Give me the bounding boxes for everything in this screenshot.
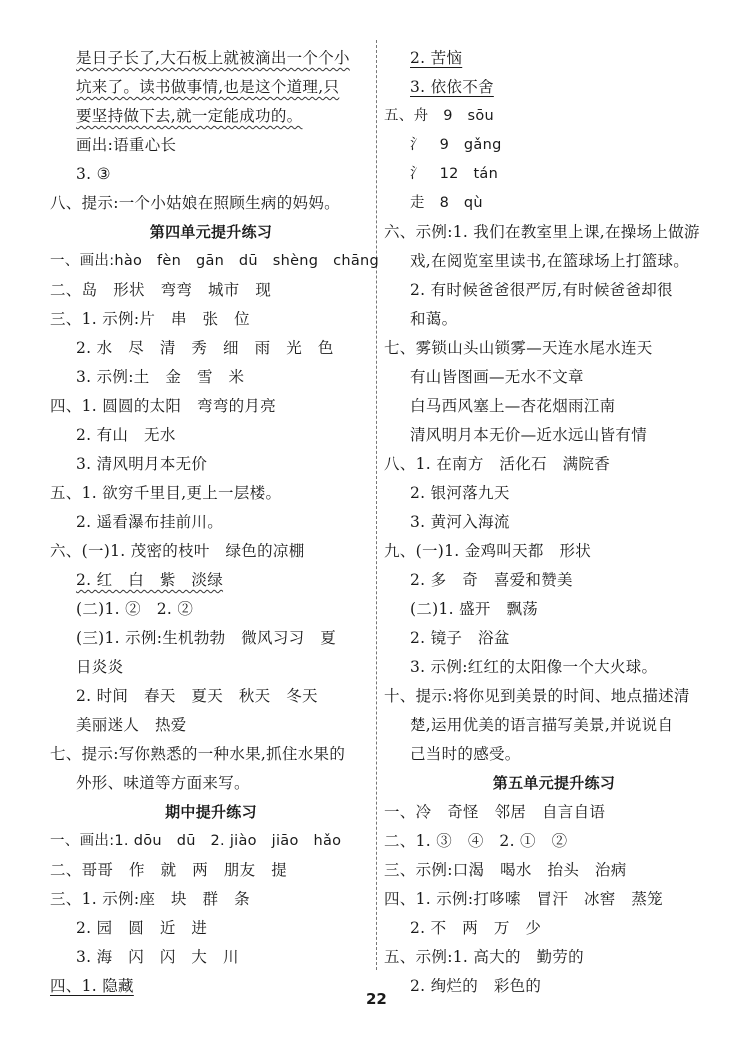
answer-line: 和蔼。 [384,305,724,334]
answer-line: 2. 有时候爸爸很严厉,有时候爸爸却很 [384,276,724,305]
answer-line: 2. 水 尽 清 秀 细 雨 光 色 [50,334,372,363]
answer-line: 七、雾锁山头山锁雾—天连水尾水连天 [384,334,724,363]
answer-line: (二)1. 盛开 飘荡 [384,595,724,624]
answer-line: 清风明月本无价—近水远山皆有情 [384,421,724,450]
answer-line: 三、1. 示例:片 串 张 位 [50,305,372,334]
answer-line: 氵 9 gǎng [384,131,724,160]
answer-line: 2. 多 奇 喜爱和赞美 [384,566,724,595]
answer-line: 走 8 qù [384,189,724,218]
answer-line: 十、提示:将你见到美景的时间、地点描述清 [384,682,724,711]
answer-line: 五、1. 欲穷千里目,更上一层楼。 [50,479,372,508]
answer-line: 五、舟 9 sōu [384,102,724,131]
answer-line: 五、示例:1. 高大的 勤劳的 [384,943,724,972]
section-title-midterm: 期中提升练习 [50,798,372,827]
answer-line: (三)1. 示例:生机勃勃 微风习习 夏 [50,624,372,653]
answer-line: 有山皆图画—无水不文章 [384,363,724,392]
answer-line: 3. ③ [50,160,372,189]
answer-line: 三、1. 示例:座 块 群 条 [50,885,372,914]
answer-line: 二、岛 形状 弯弯 城市 现 [50,276,372,305]
answer-line: 2. 时间 春天 夏天 秋天 冬天 [50,682,372,711]
answer-line: 八、1. 在南方 活化石 满院香 [384,450,724,479]
answer-line: 己当时的感受。 [384,740,724,769]
answer-line: 四、1. 隐藏 [50,972,372,1001]
answer-line: 楚,运用优美的语言描写美景,并说说自 [384,711,724,740]
section-title-unit-4: 第四单元提升练习 [50,218,372,247]
answer-line: 戏,在阅览室里读书,在篮球场上打篮球。 [384,247,724,276]
answer-line: 3. 清风明月本无价 [50,450,372,479]
right-column: 2. 苦恼 3. 依依不舍 五、舟 9 sōu 氵 9 gǎng 氵 12 tá… [384,44,724,1001]
answer-line: 四、1. 圆圆的太阳 弯弯的月亮 [50,392,372,421]
answer-key-page: 是日子长了,大石板上就被滴出一个个小 坑来了。读书做事情,也是这个道理,只 要坚… [0,0,752,1047]
answer-line: 美丽迷人 热爱 [50,711,372,740]
answer-line: 2. 不 两 万 少 [384,914,724,943]
answer-line: 白马西风塞上—杏花烟雨江南 [384,392,724,421]
answer-line: 画出:语重心长 [50,131,372,160]
page-number: 22 [366,990,387,1008]
answer-line: 二、哥哥 作 就 两 朋友 提 [50,856,372,885]
answer-line: 六、示例:1. 我们在教室里上课,在操场上做游 [384,218,724,247]
answer-line: 2. 镜子 浴盆 [384,624,724,653]
answer-line: 四、1. 示例:打哆嗦 冒汗 冰窖 蒸笼 [384,885,724,914]
answer-line: 2. 有山 无水 [50,421,372,450]
answer-line: 二、1. ③ ④ 2. ① ② [384,827,724,856]
answer-line: 是日子长了,大石板上就被滴出一个个小 [50,44,372,73]
left-column: 是日子长了,大石板上就被滴出一个个小 坑来了。读书做事情,也是这个道理,只 要坚… [50,44,372,1001]
answer-line: (二)1. ② 2. ② [50,595,372,624]
answer-line: 坑来了。读书做事情,也是这个道理,只 [50,73,372,102]
answer-line: 2. 园 圆 近 进 [50,914,372,943]
answer-line: 2. 银河落九天 [384,479,724,508]
answer-line: 日炎炎 [50,653,372,682]
answer-line: 3. 黄河入海流 [384,508,724,537]
answer-line: 2. 红 白 紫 淡绿 [50,566,372,595]
answer-line: 3. 海 闪 闪 大 川 [50,943,372,972]
answer-line: 要坚持做下去,就一定能成功的。 [50,102,372,131]
answer-line: 一、画出:1. dōu dū 2. jiào jiāo hǎo [50,827,372,856]
answer-line: 氵 12 tán [384,160,724,189]
answer-line: 一、冷 奇怪 邻居 自言自语 [384,798,724,827]
answer-line: 2. 绚烂的 彩色的 [384,972,724,1001]
answer-line: 2. 苦恼 [384,44,724,73]
answer-line: 七、提示:写你熟悉的一种水果,抓住水果的 [50,740,372,769]
section-title-unit-5: 第五单元提升练习 [384,769,724,798]
answer-line: 3. 示例:红红的太阳像一个大火球。 [384,653,724,682]
answer-line: 2. 遥看瀑布挂前川。 [50,508,372,537]
answer-line: 3. 依依不舍 [384,73,724,102]
answer-line: 外形、味道等方面来写。 [50,769,372,798]
answer-line: 八、提示:一个小姑娘在照顾生病的妈妈。 [50,189,372,218]
answer-line: 3. 示例:土 金 雪 米 [50,363,372,392]
answer-line: 一、画出:hào fèn gān dū shèng chāng [50,247,372,276]
answer-line: 三、示例:口渴 喝水 抬头 治病 [384,856,724,885]
answer-line: 六、(一)1. 茂密的枝叶 绿色的凉棚 [50,537,372,566]
column-divider [376,40,377,970]
answer-line: 九、(一)1. 金鸡叫天都 形状 [384,537,724,566]
